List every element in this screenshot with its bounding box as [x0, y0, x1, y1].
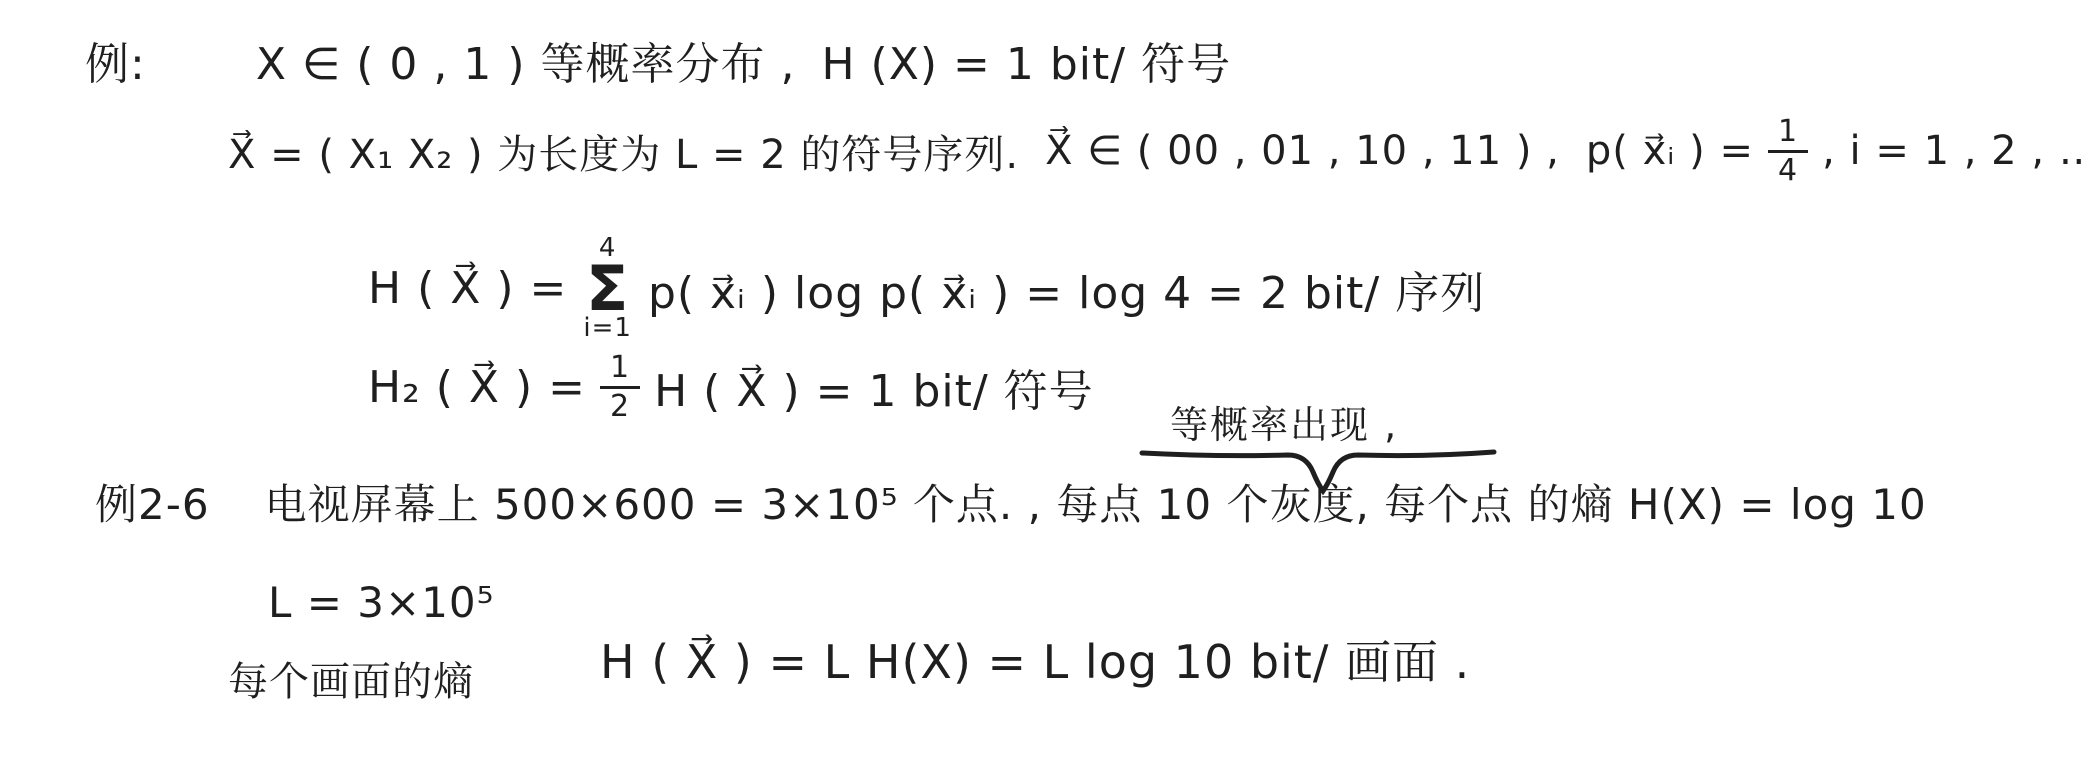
per-frame-entropy-label: 每个画面的熵: [228, 650, 474, 707]
sequence-definition-text: X⃗ = ( X₁ X₂ ) 为长度为 L = 2 的符号序列.: [228, 123, 1019, 180]
per-symbol-entropy-lhs: H₂ ( X⃗ ) =: [368, 362, 586, 413]
joint-entropy-rhs: p( x⃗ᵢ ) log p( x⃗ᵢ ) = log 4 = 2 bit/ 序…: [648, 257, 1485, 321]
line-example2-6: 例2-6 电视屏幕上 500×600 = 3×10⁵ 个点. , 每点 10 个…: [95, 472, 1927, 532]
line-per-frame-label: 每个画面的熵: [228, 650, 474, 707]
tv-screen-text: 电视屏幕上 500×600 = 3×10⁵ 个点. , 每点 10 个: [265, 472, 1270, 532]
example2-6-label: 例2-6: [95, 472, 210, 532]
line-example1: 例: X ∈ ( 0 , 1 ) 等概率分布 , H (X) = 1 bit/ …: [85, 28, 1231, 92]
sequence-length-value: L = 3×10⁵: [268, 578, 495, 627]
probability-lhs: p( x⃗ᵢ ) =: [1586, 128, 1754, 174]
example1-distribution-text: X ∈ ( 0 , 1 ) 等概率分布 ,: [256, 28, 796, 92]
fraction-denominator: 4: [1778, 153, 1798, 187]
fraction-one-quarter: 1 4: [1768, 116, 1808, 186]
line-per-frame-formula: H ( X⃗ ) = L H(X) = L log 10 bit/ 画面 .: [600, 626, 1470, 692]
line-sequence-length: L = 3×10⁵: [268, 578, 495, 627]
joint-entropy-lhs: H ( X⃗ ) =: [368, 263, 567, 314]
example1-label: 例:: [85, 28, 146, 92]
sequence-alphabet-text: X⃗ ∈ ( 00 , 01 , 10 , 11 ) ,: [1045, 128, 1560, 174]
line-per-symbol-entropy: H₂ ( X⃗ ) = 1 2 H ( X⃗ ) = 1 bit/ 符号: [368, 352, 1094, 422]
equiprobable-annotation: 等概率出现 ,: [1170, 394, 1398, 449]
fraction-numerator: 1: [1768, 116, 1808, 153]
line-joint-entropy: H ( X⃗ ) = 4 Σ i=1 p( x⃗ᵢ ) log p( x⃗ᵢ )…: [368, 236, 1485, 341]
fraction-one-half: 1 2: [600, 352, 640, 422]
example1-entropy-result: H (X) = 1 bit/ 符号: [821, 28, 1231, 92]
sigma-symbol: Σ: [586, 261, 629, 317]
gray-levels-word: 灰度: [1269, 472, 1355, 532]
fraction-numerator: 1: [600, 352, 640, 389]
line-sequence-definition: X⃗ = ( X₁ X₂ ) 为长度为 L = 2 的符号序列. X⃗ ∈ ( …: [228, 116, 2081, 186]
per-point-entropy-text: , 每个点 的熵 H(X) = log 10: [1355, 472, 1926, 532]
per-symbol-entropy-rhs: H ( X⃗ ) = 1 bit/ 符号: [654, 355, 1094, 419]
equiprobable-annotation-text: 等概率出现 ,: [1170, 403, 1398, 447]
fraction-denominator: 2: [610, 389, 630, 423]
summation-lower-limit: i=1: [583, 316, 632, 341]
handwritten-notes-page: 例: X ∈ ( 0 , 1 ) 等概率分布 , H (X) = 1 bit/ …: [0, 0, 2081, 767]
per-frame-entropy-formula: H ( X⃗ ) = L H(X) = L log 10 bit/ 画面 .: [600, 626, 1470, 692]
index-range-text: , i = 1 , 2 , … , 4: [1822, 128, 2081, 174]
summation-operator: 4 Σ i=1: [583, 236, 632, 341]
